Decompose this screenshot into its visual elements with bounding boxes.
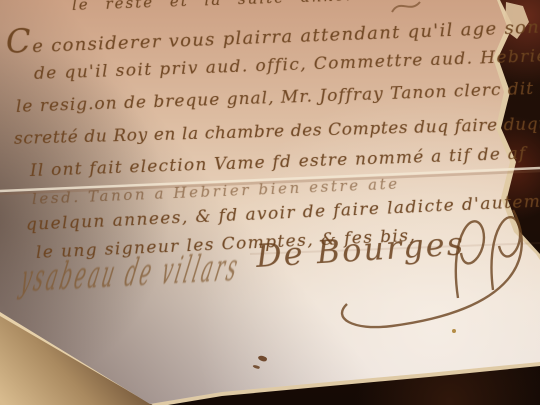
manuscript-photo: le reste et la suite anner Ce considerer… <box>0 0 540 405</box>
ink-speck <box>452 329 456 333</box>
